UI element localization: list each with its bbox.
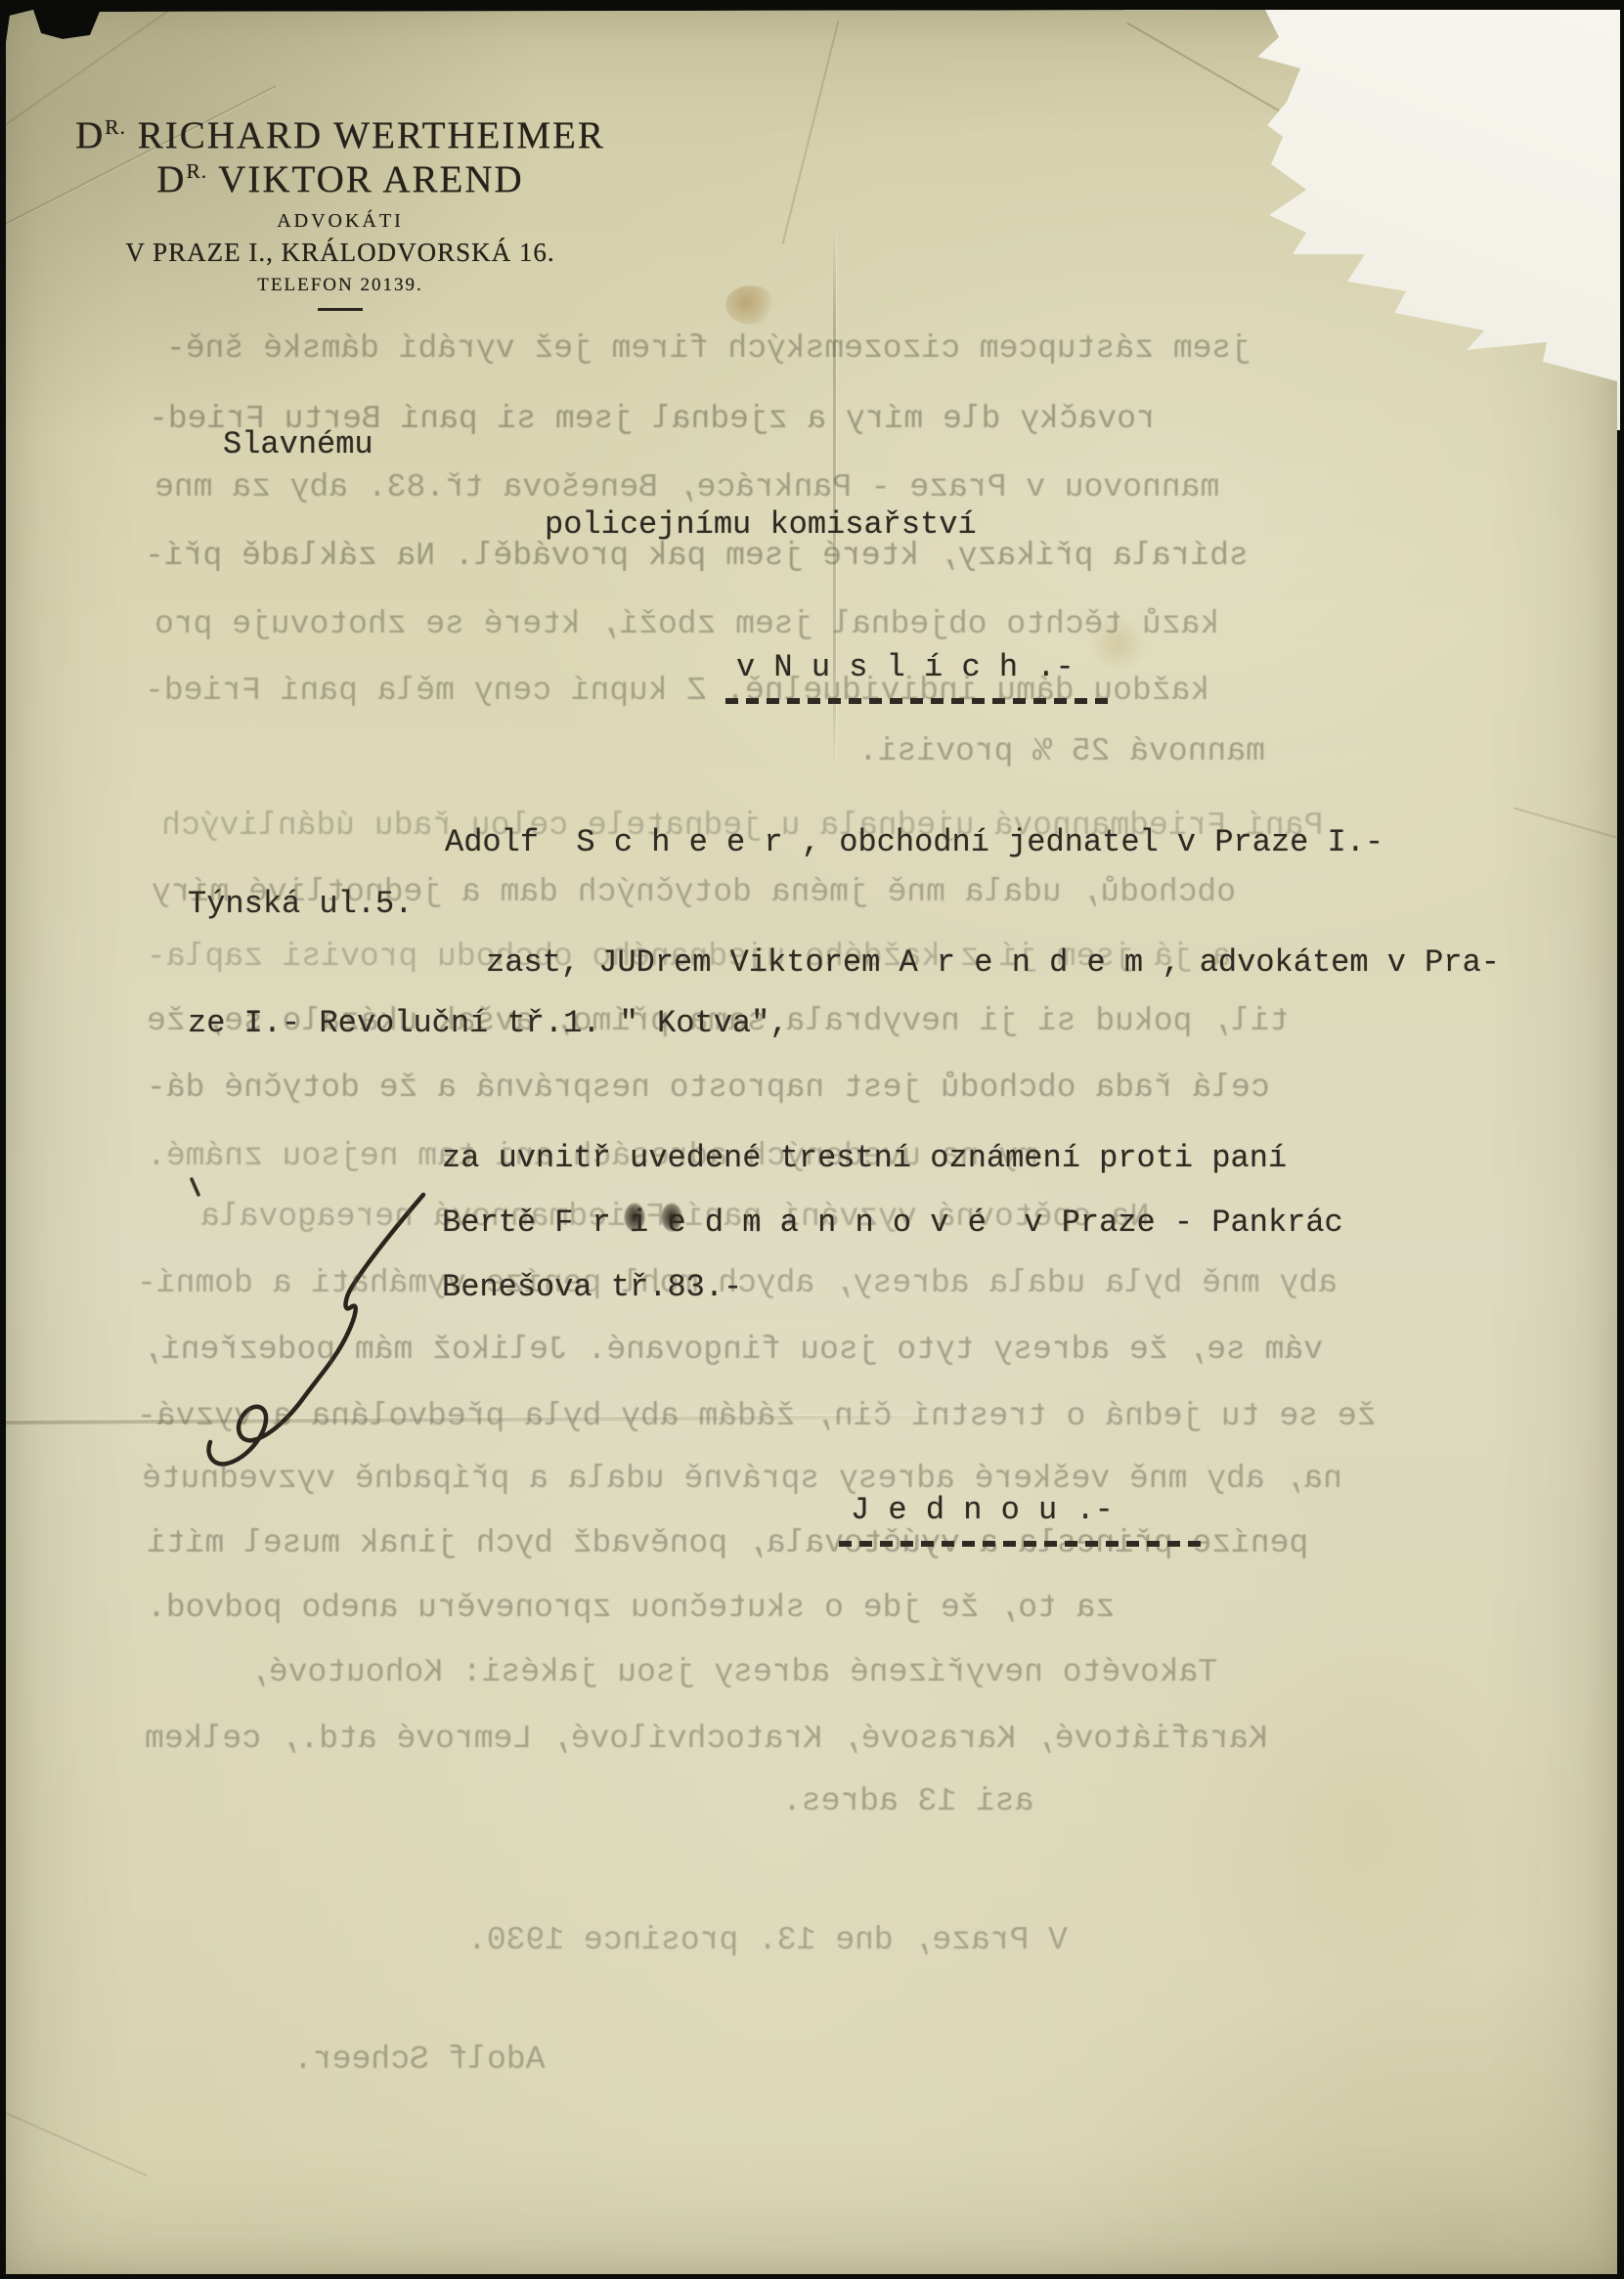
paper: DR. RICHARD WERTHEIMER DR. VIKTOR AREND … xyxy=(0,0,1624,2279)
paper-vignette xyxy=(0,0,1624,2279)
scanned-letter: DR. RICHARD WERTHEIMER DR. VIKTOR AREND … xyxy=(0,0,1624,2279)
